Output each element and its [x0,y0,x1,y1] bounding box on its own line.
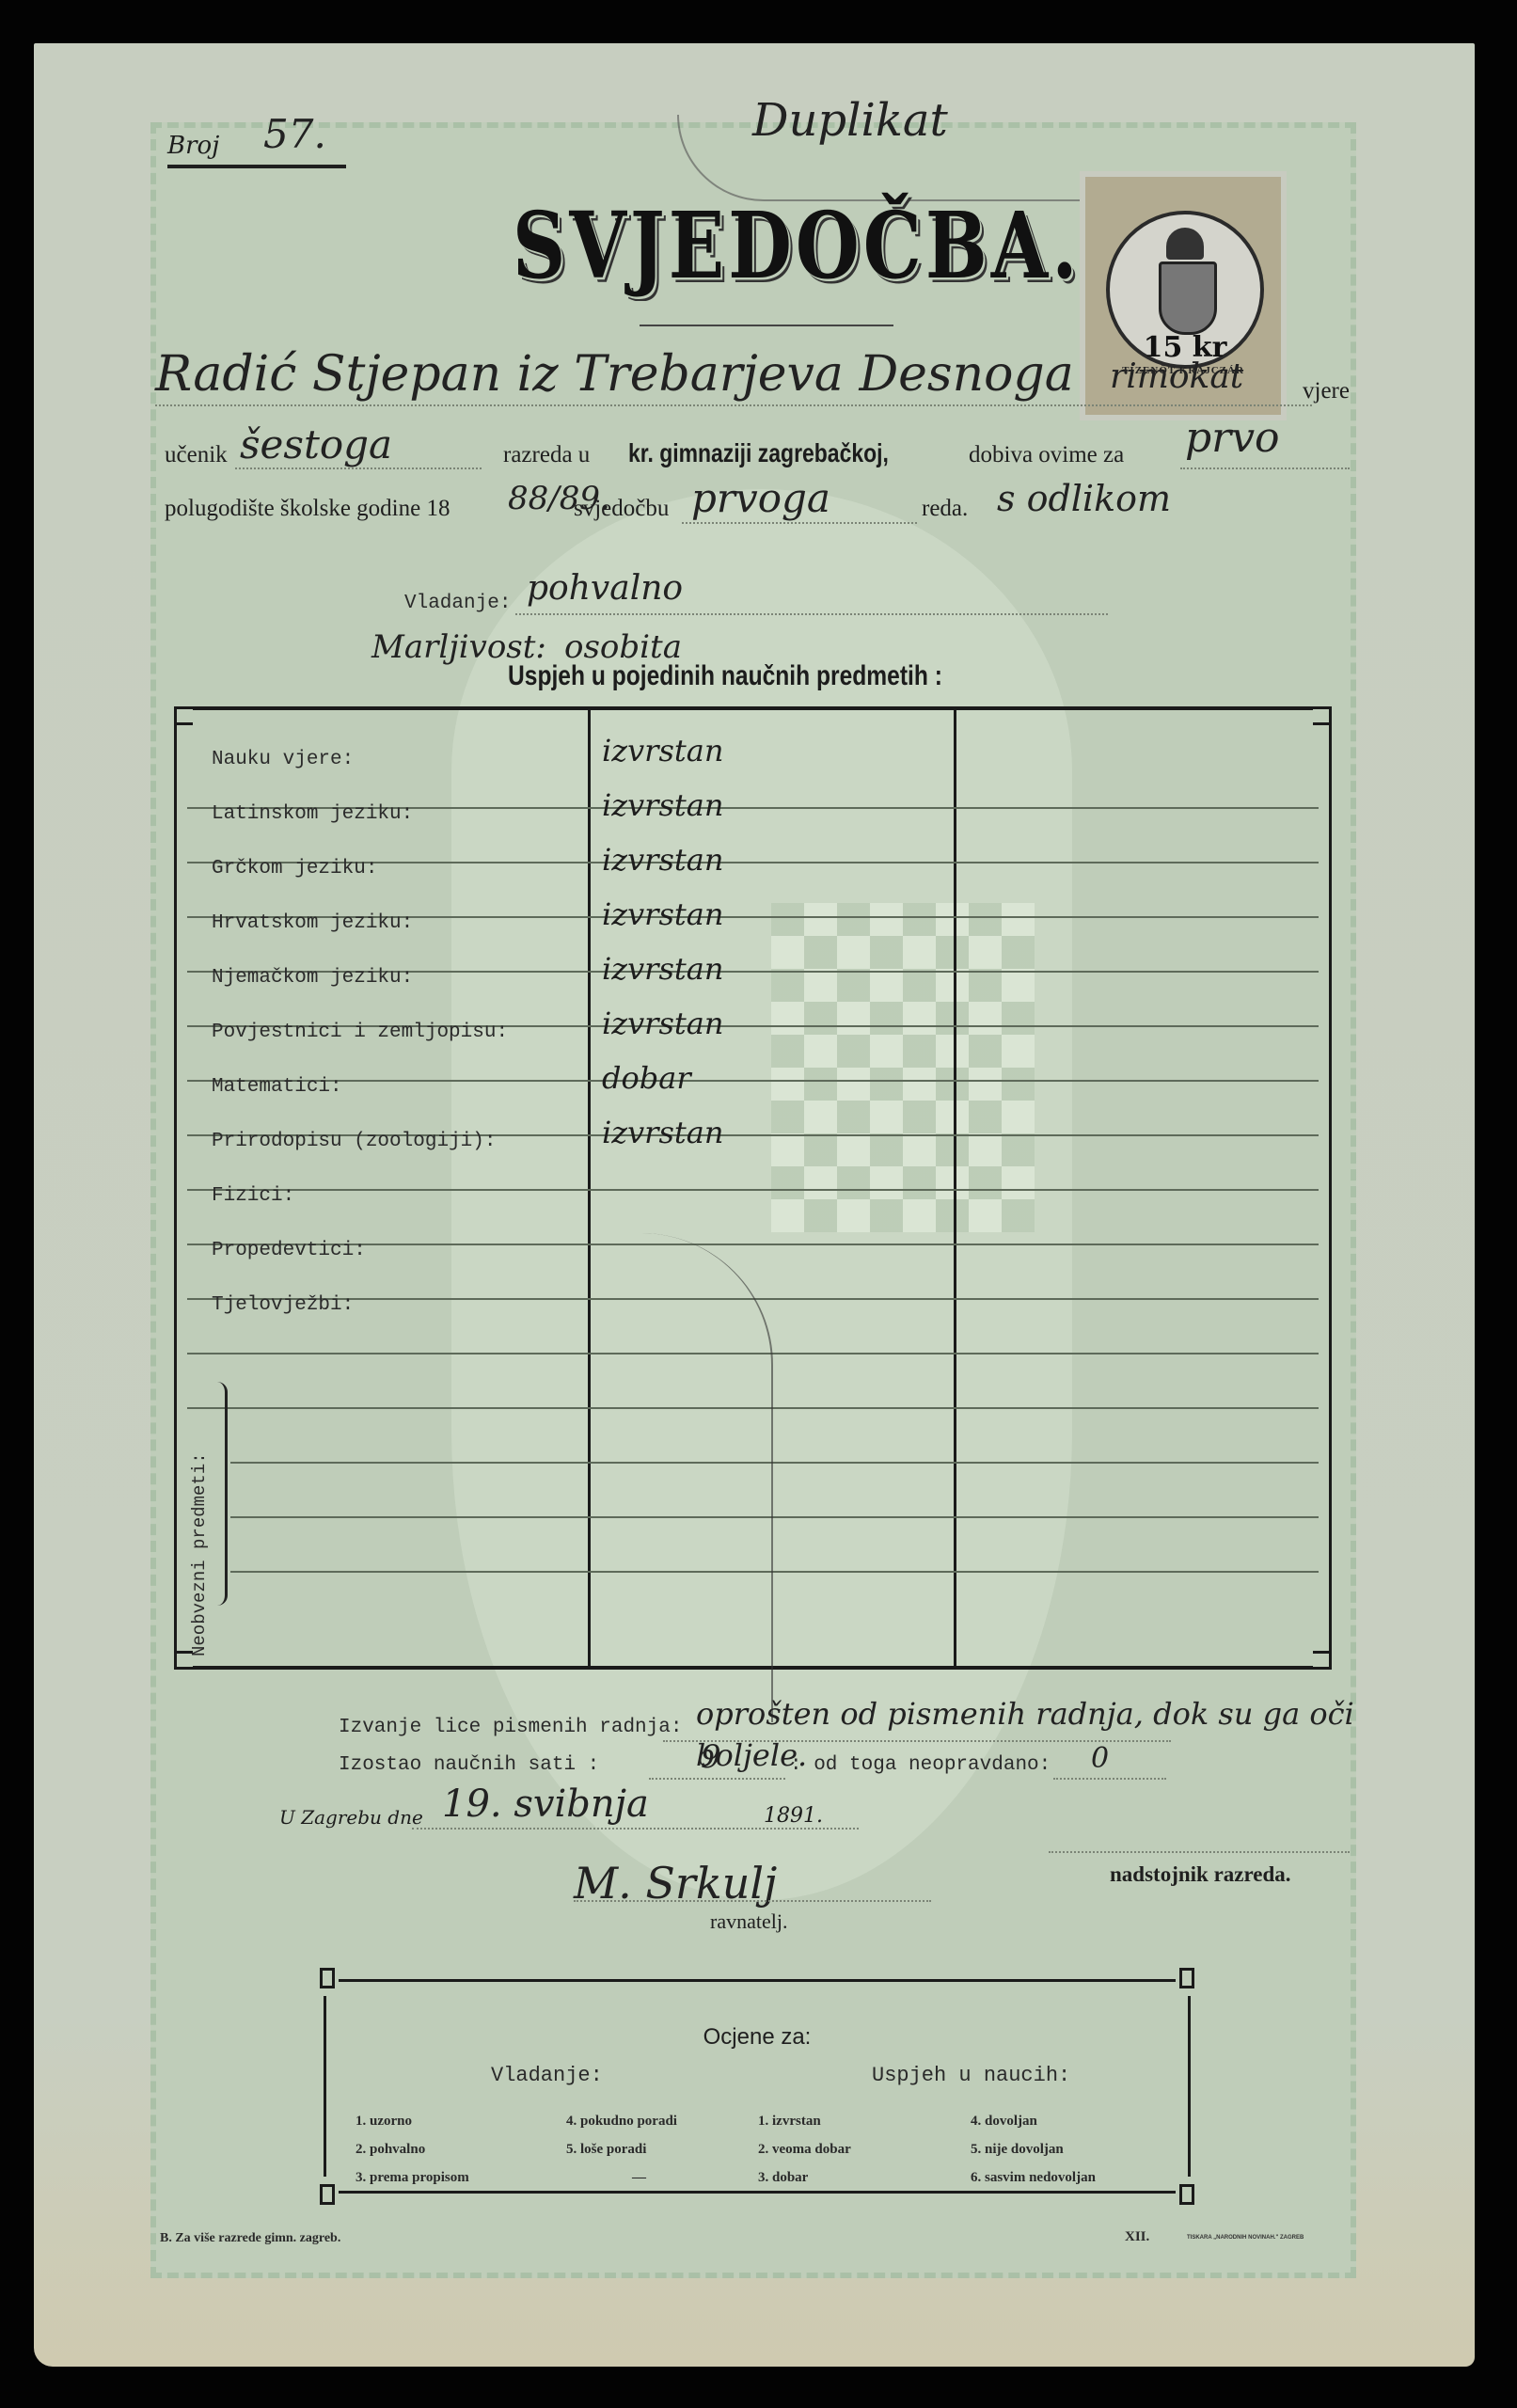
legend-border-left [324,1996,326,2177]
subject-grade: izvrstan [602,787,723,823]
subject-grade: izvrstan [602,951,723,987]
subject-grade: izvrstan [602,733,723,768]
date-value: 19. svibnja [442,1782,649,1826]
semester-dotted-line [1180,467,1350,469]
duplicate-note-stroke [677,115,1121,201]
legend-success-heading: Uspjeh u naucih: [872,2064,1070,2087]
legend-item: 4. dovoljan [971,2107,1096,2135]
legend-corner [1179,2184,1194,2205]
subject-label: Matematici: [212,1076,342,1098]
shield-icon [1159,261,1217,335]
column-separator [954,706,956,1670]
unexcused-value: 0 [1091,1742,1109,1775]
subject-label: Tjelovježbi: [212,1294,354,1316]
conduct-label: Vladanje: [404,593,511,614]
school-year-prefix: polugodište školske godine 18 [165,496,450,522]
form-footer-left: B. Za više razrede gimn. zagreb. [160,2231,340,2246]
subject-label: Grčkom jeziku: [212,858,377,879]
legend-corner [320,2184,335,2205]
row-line [187,1080,1319,1082]
absence-dotted-line [649,1778,785,1780]
year-value: 1891. [764,1804,823,1828]
distinction-value: s odlikom [997,478,1171,519]
conduct-dotted-line [515,613,1108,615]
subject-label: Prirodopisu (zoologiji): [212,1131,496,1152]
cancellation-stroke [640,1233,773,1722]
religion-suffix: vjere [1303,378,1350,404]
legend-item: 5. nije dovoljan [971,2135,1096,2163]
subject-label: Njemačkom jeziku: [212,967,413,989]
subject-label: Povjestnici i zemljopisu: [212,1022,508,1043]
legend-item: 1. uzorno [356,2107,469,2135]
subject-grade: dobar [602,1060,691,1096]
legend-border-top [339,1979,1176,1982]
certificate-class-value: prvoga [691,475,830,521]
legend-item: 3. dobar [758,2163,851,2192]
form-footer-roman: XII. [1125,2229,1149,2245]
semester-value: prvo [1185,414,1280,462]
table-border-right [1329,725,1332,1651]
subject-grade: izvrstan [602,1115,723,1150]
director-signature-line [574,1900,931,1902]
certificate-label: svjedočbu [574,496,669,522]
grade-level-value: šestoga [240,421,392,467]
subject-label: Latinskom jeziku: [212,803,413,825]
subject-label: Propedevtici: [212,1240,366,1261]
legend-item: 3. prema propisom [356,2163,469,2192]
legend-corner [1179,1968,1194,1988]
absence-label: Izostao naučnih sati : [339,1754,599,1776]
student-name: Radić Stjepan iz Trebarjeva Desnoga [155,346,1074,403]
legend-success-col2: 4. dovoljan 5. nije dovoljan 6. sasvim n… [971,2107,1096,2192]
director-label: ravnatelj. [710,1909,787,1934]
optional-subjects-brace [217,1382,228,1606]
subject-label: Fizici: [212,1185,294,1207]
legend-item: 6. sasvim nedovoljan [971,2163,1096,2192]
crown-icon [1166,228,1204,260]
unexcused-dotted-line [1053,1778,1166,1780]
table-border-top [193,706,1313,710]
subject-grade: izvrstan [602,896,723,932]
receives-label: dobiva ovime za [969,442,1124,468]
order-suffix: reda. [922,496,968,522]
subject-grade: izvrstan [602,1006,723,1041]
legend-conduct-col1: 1. uzorno 2. pohvalno 3. prema propisom [356,2107,469,2192]
legend-border-right [1188,1996,1191,2177]
subject-label: Nauku vjere: [212,749,354,770]
stamp-medallion: 15 kr [1106,211,1264,369]
name-dotted-line [155,404,1312,406]
table-corner [174,706,193,725]
row-line [187,1189,1319,1191]
unexcused-label: : od toga neopravdano: [790,1754,1051,1776]
subject-grade: izvrstan [602,842,723,878]
legend-success-col1: 1. izvrstan 2. veoma dobar 3. dobar [758,2107,851,2192]
absence-value: 9 [701,1738,721,1776]
pupil-prefix: učenik [165,442,228,468]
row-line [230,1516,1319,1518]
school-name: kr. gimnaziji zagrebačkoj, [628,438,889,468]
grades-table: Nauku vjere: izvrstan Latinskom jeziku: … [174,706,1332,1670]
legend-item: 5. loše poradi [566,2135,677,2163]
column-separator [588,706,591,1670]
table-border-left [174,725,177,1651]
legend-item: 1. izvrstan [758,2107,851,2135]
row-line [230,1462,1319,1464]
number-underline [167,165,346,168]
table-corner [1313,1651,1332,1670]
class-in-label: razreda u [503,442,590,468]
subjects-heading-wrap: Uspjeh u pojedinih naučnih predmetih : [508,660,1037,692]
legend-conduct-heading: Vladanje: [491,2064,603,2087]
grading-legend-box: Ocjene za: Vladanje: Uspjeh u naucih: 1.… [320,1968,1194,2205]
class-dotted-line [682,522,917,524]
number-label: Broj [167,132,219,160]
legend-item: 2. pohvalno [356,2135,469,2163]
number-value: 57. [263,111,326,157]
class-teacher-signature-line [1049,1851,1350,1853]
legend-corner [320,1968,335,1988]
religion-value: rimokat [1110,357,1243,396]
class-teacher-label: nadstojnik razreda. [1110,1862,1291,1887]
printer-imprint: TISKARA „NARODNIH NOVINAH." ZAGREB [1187,2235,1304,2241]
document-title: SVJEDOČBA. [513,193,1081,300]
school-name-wrap: kr. gimnaziji zagrebačkoj, [628,438,946,468]
row-line [230,1571,1319,1573]
written-work-label: Izvanje lice pismenih radnja: [339,1717,682,1738]
subjects-heading: Uspjeh u pojedinih naučnih predmetih : [508,660,942,692]
legend-item: 4. pokudno poradi [566,2107,677,2135]
title-flourish [640,325,893,330]
date-dotted-line [412,1828,859,1830]
legend-item: — [566,2163,677,2192]
legend-conduct-col2: 4. pokudno poradi 5. loše poradi — [566,2107,677,2192]
conduct-value: pohvalno [527,569,683,608]
optional-subjects-label: Neobvezni predmeti: [189,1452,210,1656]
legend-item: 2. veoma dobar [758,2135,851,2163]
place-date-prefix: U Zagrebu dne [279,1806,423,1829]
grade-dotted-line [235,467,482,469]
subject-label: Hrvatskom jeziku: [212,912,413,934]
legend-title: Ocjene za: [320,2024,1194,2051]
table-corner [1313,706,1332,725]
